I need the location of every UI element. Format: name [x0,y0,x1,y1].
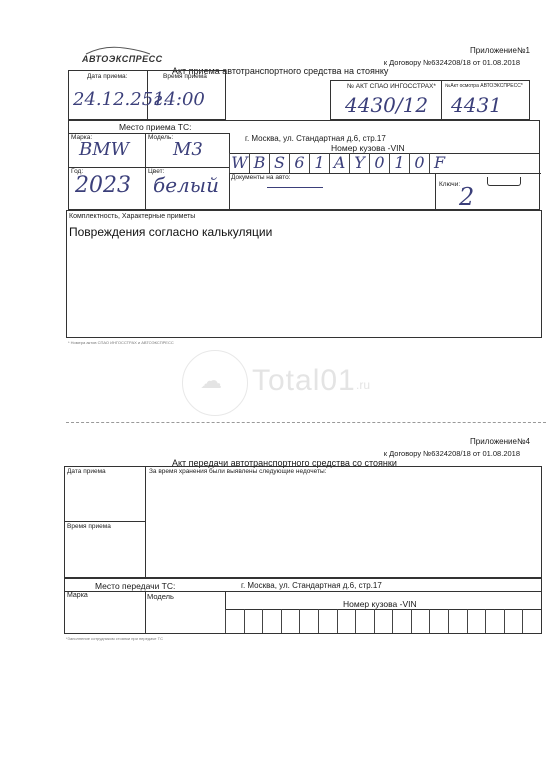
keys-value[interactable]: 2 [459,183,474,211]
time-label-2: Время приема [67,523,111,530]
avtoexpress-no-label: №Акт осмотра АВТОЭКСПРЕСС* [445,83,523,89]
keys-label: Ключи: [439,181,460,188]
time-value[interactable]: 14:00 [153,89,205,110]
vin-input[interactable]: WBS61AY010F [229,153,449,173]
vin-char-cell[interactable]: Y [349,153,369,173]
color-value[interactable]: белый [153,173,219,197]
vehicle-info-grid: Место приема ТС: г. Москва, ул. Стандарт… [68,120,540,210]
act-no-value[interactable]: 4430/12 [345,93,428,117]
footnote: * Номера актов СПАО ИНГОССТРАХ и АВТОЭКС… [68,340,174,345]
vin-char-cell[interactable] [318,609,337,633]
place-label: Место приема ТС: [119,122,191,132]
car-icon: ☁ [200,368,222,394]
date-label: Дата приема: [87,73,127,80]
watermark-suffix: .ru [356,378,370,392]
year-value[interactable]: 2023 [75,173,131,198]
place-value-2: г. Москва, ул. Стандартная д.6, стр.17 [241,581,382,590]
vin-char-cell[interactable] [522,609,541,633]
complect-value[interactable]: Повреждения согласно калькуляции [69,225,272,239]
watermark-text: Total01 [252,364,356,398]
model-label: Модель: [148,134,173,141]
vin-char-cell[interactable] [429,609,448,633]
defects-label: За время хранения были выявлены следующи… [149,468,327,475]
company-logo: АВТОЭКСПРЕСС [80,45,150,67]
place-label-2: Место передачи ТС: [95,581,175,591]
cut-line [66,422,546,423]
date-time-box: Дата приема: 24.12.25г. Время приема 14:… [68,70,226,120]
vin-char-cell[interactable]: 0 [369,153,389,173]
place-value: г. Москва, ул. Стандартная д.6, стр.17 [245,134,386,143]
vin-char-cell[interactable] [374,609,393,633]
time-label: Время приема [163,73,207,80]
model-value[interactable]: M3 [173,139,203,160]
avtoexpress-no-value[interactable]: 4431 [451,93,502,117]
vin-char-cell[interactable]: 0 [409,153,429,173]
vin-char-cell[interactable]: 6 [289,153,309,173]
vin-char-cell[interactable] [299,609,318,633]
vin-char-cell[interactable] [355,609,374,633]
docs-label: Документы на авто: [231,174,291,181]
watermark: ☁ Total01 .ru [180,350,380,418]
vin-char-cell[interactable] [504,609,523,633]
vin-char-cell[interactable]: 1 [389,153,409,173]
act-numbers-box: № АКТ СПАО ИНГОССТРАХ* 4430/12 №Акт осмо… [330,80,530,120]
vin-label-2: Номер кузова -VIN [343,599,417,609]
model-label-2: Модель [147,592,174,601]
vin-label: Номер кузова -VIN [331,143,405,153]
vin-char-cell[interactable] [244,609,263,633]
complect-label: Комплектность, Характерные приметы [69,213,195,220]
transfer-top-box: Дата приема Время приема За время хранен… [64,466,542,578]
vin-char-cell[interactable] [225,609,244,633]
defects-input[interactable] [147,477,537,575]
vin-char-cell[interactable] [262,609,281,633]
appendix-label: Приложение№1 [470,46,530,55]
vin-char-cell[interactable] [392,609,411,633]
complect-box: Комплектность, Характерные приметы Повре… [66,210,542,338]
keys-checkbox[interactable] [487,177,521,186]
brand-label-2: Марка [67,592,88,599]
vin-char-cell[interactable]: 1 [309,153,329,173]
vin-char-cell[interactable] [411,609,430,633]
vin-char-cell[interactable]: A [329,153,349,173]
contract-ref-2: к Договору №6324208/18 от 01.08.2018 [384,449,520,458]
vin-char-cell[interactable]: F [429,153,449,173]
vin-char-cell[interactable]: B [249,153,269,173]
date-label-2: Дата приема [67,468,106,475]
vin-char-cell[interactable] [281,609,300,633]
transfer-vehicle-grid: Место передачи ТС: г. Москва, ул. Станда… [64,578,542,634]
brand-value[interactable]: BMW [79,139,129,160]
vin-input-2[interactable] [225,609,541,633]
vin-char-cell[interactable] [448,609,467,633]
act-no-label: № АКТ СПАО ИНГОССТРАХ* [347,83,436,90]
vin-char-cell[interactable] [337,609,356,633]
vin-char-cell[interactable] [485,609,504,633]
docs-value-dash[interactable] [267,187,323,188]
vin-char-cell[interactable]: S [269,153,289,173]
vin-char-cell[interactable]: W [229,153,249,173]
appendix-label-2: Приложение№4 [470,437,530,446]
footnote-2: *Заполнение сотрудником стоянки при пере… [66,636,163,641]
vin-char-cell[interactable] [467,609,486,633]
contract-ref: к Договору №6324208/18 от 01.08.2018 [384,58,520,67]
